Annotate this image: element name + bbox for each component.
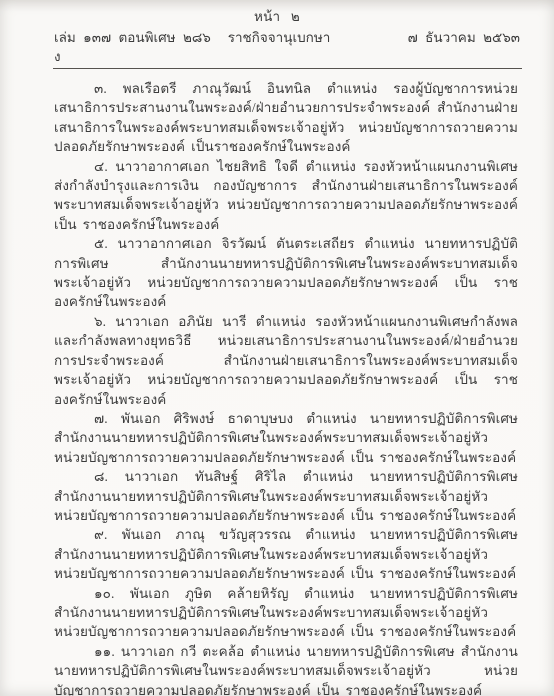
- paragraph-item-9: ๙. พันเอก ภาณุ ขวัญสุวรรณ ตำแหน่ง นายทหา…: [54, 525, 518, 583]
- document-body: ๓. พลเรือตรี ภาณุวัฒน์ อินทนิล ตำแหน่ง ร…: [54, 79, 518, 696]
- paragraph-item-4: ๔. นาวาอากาศเอก ไชยสิทธิ ใจดี ตำแหน่ง รอ…: [54, 157, 518, 235]
- paragraph-item-3: ๓. พลเรือตรี ภาณุวัฒน์ อินทนิล ตำแหน่ง ร…: [54, 79, 518, 157]
- page-number: หน้า ๒: [0, 8, 554, 26]
- paragraph-item-8: ๘. นาวาเอก ทันสิษฐ์ ศิริไล ตำแหน่ง นายทห…: [54, 467, 518, 525]
- gazette-page: หน้า ๒ เล่ม ๑๓๗ ตอนพิเศษ ๒๘๖ ง ราชกิจจาน…: [0, 0, 554, 696]
- paragraph-item-7: ๗. พันเอก ศิริพงษ์ ธาดาบุษบง ตำแหน่ง นาย…: [54, 409, 518, 467]
- paragraph-item-6: ๖. นาวาเอก อภินัย นารี ตำแหน่ง รองหัวหน้…: [54, 312, 518, 409]
- paragraph-item-11: ๑๑. นาวาเอก กวี ตะคล้อ ตำแหน่ง นายทหารปฏ…: [54, 642, 518, 696]
- volume-info: เล่ม ๑๓๗ ตอนพิเศษ ๒๘๖ ง: [54, 28, 218, 66]
- issue-date: ๗ ธันวาคม ๒๕๖๓: [356, 28, 520, 47]
- paragraph-item-10: ๑๐. พันเอก ภูษิต คล้ายหิรัญ ตำแหน่ง นายท…: [54, 584, 518, 642]
- gazette-title: ราชกิจจานุเบกษา: [218, 28, 357, 47]
- masthead: เล่ม ๑๓๗ ตอนพิเศษ ๒๘๖ ง ราชกิจจานุเบกษา …: [54, 28, 520, 66]
- header-divider: [53, 68, 522, 69]
- paragraph-item-5: ๕. นาวาอากาศเอก จิรวัฒน์ ตันตระเสถียร ตำ…: [54, 234, 518, 312]
